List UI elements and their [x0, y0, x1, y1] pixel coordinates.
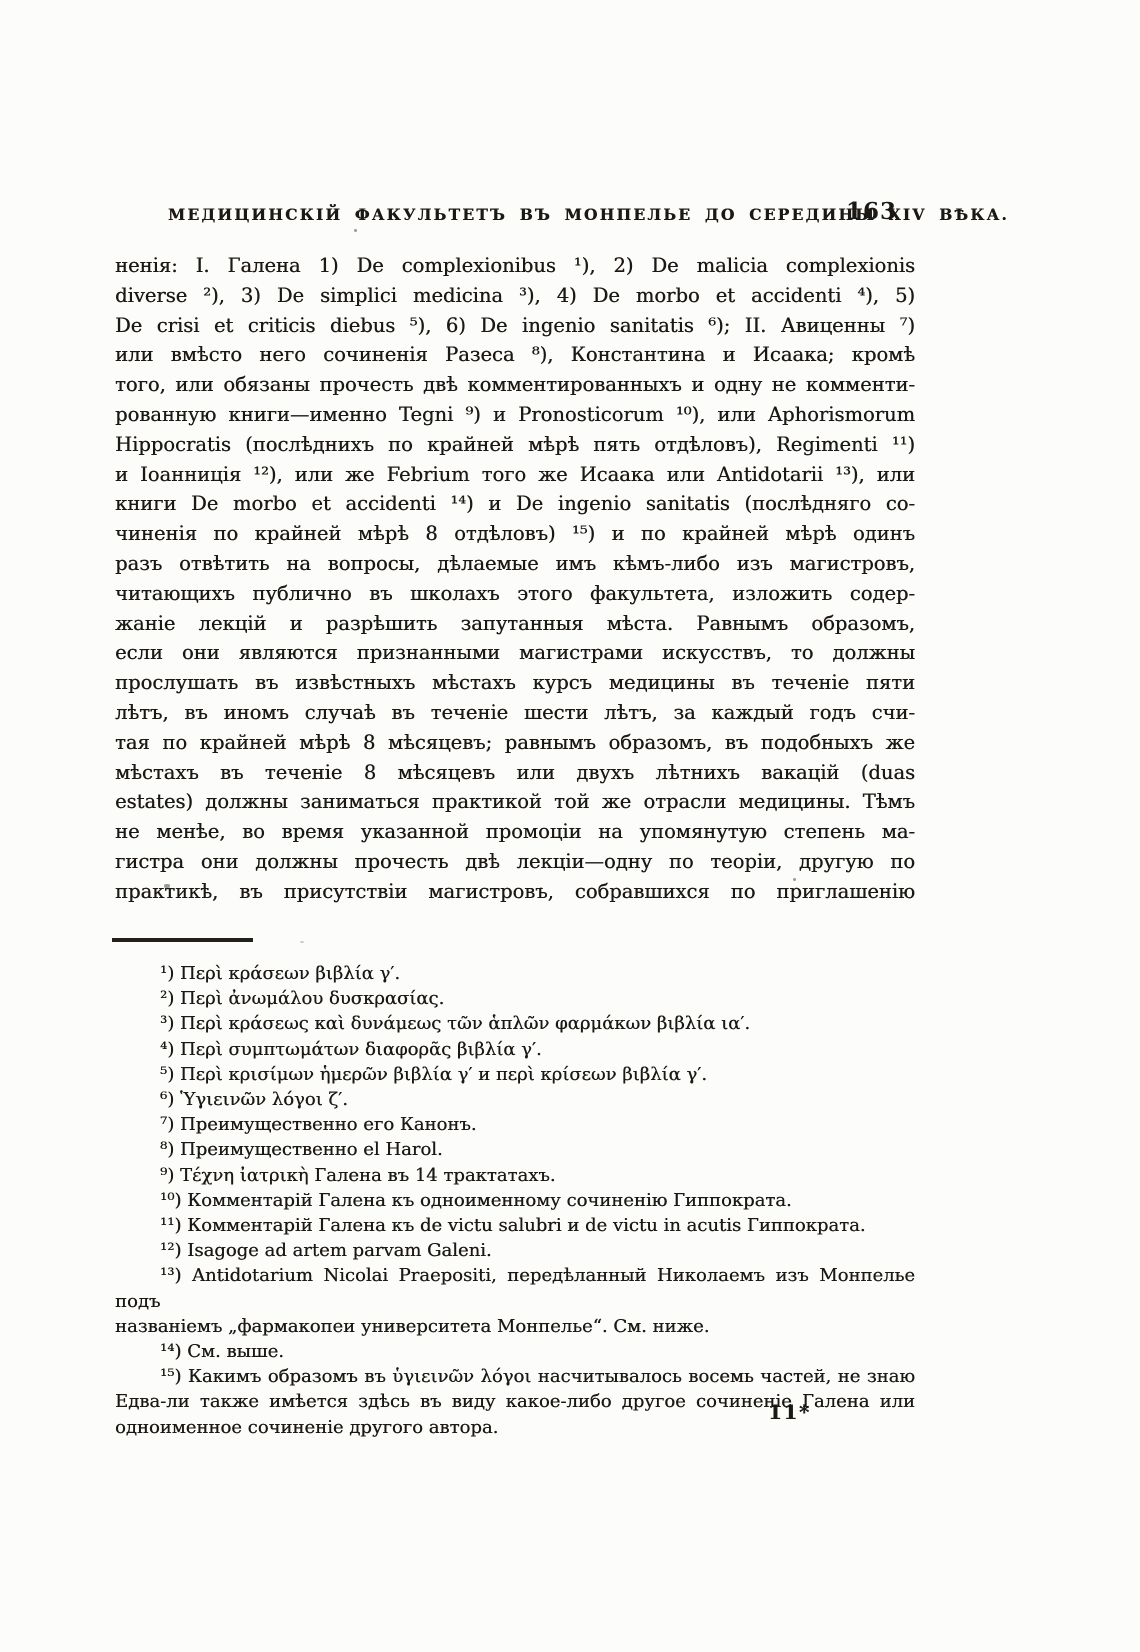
body-text-line: и Іоанниція ¹²), или же Febrium того же …: [115, 460, 915, 490]
footnote-line: ¹⁰) Комментарій Галена къ одноименному с…: [115, 1188, 915, 1213]
body-text-line: жаніе лекцій и разрѣшить запутанныя мѣст…: [115, 609, 915, 639]
body-text-line: гистра они должны прочесть двѣ лекціи—од…: [115, 847, 915, 877]
body-text-line: лѣтъ, въ иномъ случаѣ въ теченіе шести л…: [115, 698, 915, 728]
scan-speck: [354, 229, 357, 232]
body-text: ненія: I. Галена 1) De complexionibus ¹)…: [115, 251, 915, 907]
body-text-line: чиненія по крайней мѣрѣ 8 отдѣловъ) ¹⁵) …: [115, 519, 915, 549]
footnote-line: ¹²) Isagoge ad artem parvam Galeni.: [115, 1238, 915, 1263]
scanned-book-page: МЕДИЦИНСКІЙ ФАКУЛЬТЕТЪ ВЪ МОНПЕЛЬЕ ДО СЕ…: [0, 0, 1140, 1652]
body-text-line: читающихъ публично въ школахъ этого факу…: [115, 579, 915, 609]
footnote-line: названіемъ „фармакопеи университета Монп…: [115, 1314, 915, 1339]
footnote-line: ²) Περὶ ἀνωμάλου δυσκρασίας.: [115, 986, 915, 1011]
footnote-line: ⁷) Преимущественно его Канонъ.: [115, 1112, 915, 1137]
footnotes: ¹) Περὶ κράσεων βιβλία γ′.²) Περὶ ἀνωμάλ…: [115, 961, 915, 1440]
scan-speck: [540, 887, 542, 889]
body-text-line: практикѣ, въ присутствіи магистровъ, соб…: [115, 877, 915, 907]
scan-speck: [793, 878, 796, 881]
scan-speck: [164, 884, 170, 888]
footnote-line: ⁴) Περὶ συμπτωμάτων διαφορᾶς βιβλία γ′.: [115, 1037, 915, 1062]
footnote-separator: [112, 938, 253, 942]
footnote-line: ⁸) Преимущественно el Harol.: [115, 1137, 915, 1162]
body-text-line: Hippocratis (послѣднихъ по крайней мѣрѣ …: [115, 430, 915, 460]
body-text-line: разъ отвѣтить на вопросы, дѣлаемые имъ к…: [115, 549, 915, 579]
body-text-line: не менѣе, во время указанной промоціи на…: [115, 817, 915, 847]
body-text-line: книги De morbo et accidenti ¹⁴) и De ing…: [115, 489, 915, 519]
body-text-line: рованную книги—именно Tegni ⁹) и Pronost…: [115, 400, 915, 430]
footnote-line: ¹⁵) Какимъ образомъ въ ὑγιεινῶν λόγοι на…: [115, 1364, 915, 1389]
footnote-line: ¹) Περὶ κράσεων βιβλία γ′.: [115, 961, 915, 986]
footnote-line: ¹³) Antidotarium Nicolai Praepositi, пер…: [115, 1263, 915, 1313]
body-text-line: estates) должны заниматься практикой той…: [115, 787, 915, 817]
footnote-line: ¹⁴) См. выше.: [115, 1339, 915, 1364]
footnote-line: ⁶) Ὑγιεινῶν λόγοι ζ′.: [115, 1087, 915, 1112]
signature-mark: 11*: [768, 1400, 811, 1424]
body-text-line: тая по крайней мѣрѣ 8 мѣсяцевъ; равнымъ …: [115, 728, 915, 758]
body-text-line: ненія: I. Галена 1) De complexionibus ¹)…: [115, 251, 915, 281]
footnote-line: ⁹) Τέχνη ἰατρικὴ Галена въ 14 трактатахъ…: [115, 1163, 915, 1188]
footnote-line: ³) Περὶ κράσεως καὶ δυνάμεως τῶν ἁπλῶν φ…: [115, 1011, 915, 1036]
scan-speck: [300, 941, 304, 943]
body-text-line: прослушать въ извѣстныхъ мѣстахъ курсъ м…: [115, 668, 915, 698]
footnote-line: ¹¹) Комментарій Галена къ de victu salub…: [115, 1213, 915, 1238]
body-text-line: De crisi et criticis diebus ⁵), 6) De in…: [115, 311, 915, 341]
footnote-line: ⁵) Περὶ κρισίμων ἡμερῶν βιβλία γ′ и περὶ…: [115, 1062, 915, 1087]
body-text-line: мѣстахъ въ теченіе 8 мѣсяцевъ или двухъ …: [115, 758, 915, 788]
body-text-line: или вмѣсто него сочиненія Разеса ⁸), Кон…: [115, 340, 915, 370]
running-header: МЕДИЦИНСКІЙ ФАКУЛЬТЕТЪ ВЪ МОНПЕЛЬЕ ДО СЕ…: [168, 198, 915, 232]
body-text-line: если они являются признанными магистрами…: [115, 638, 915, 668]
body-text-line: diverse ²), 3) De simplici medicina ³), …: [115, 281, 915, 311]
page-number: 163: [846, 198, 897, 225]
body-text-line: того, или обязаны прочесть двѣ комментир…: [115, 370, 915, 400]
